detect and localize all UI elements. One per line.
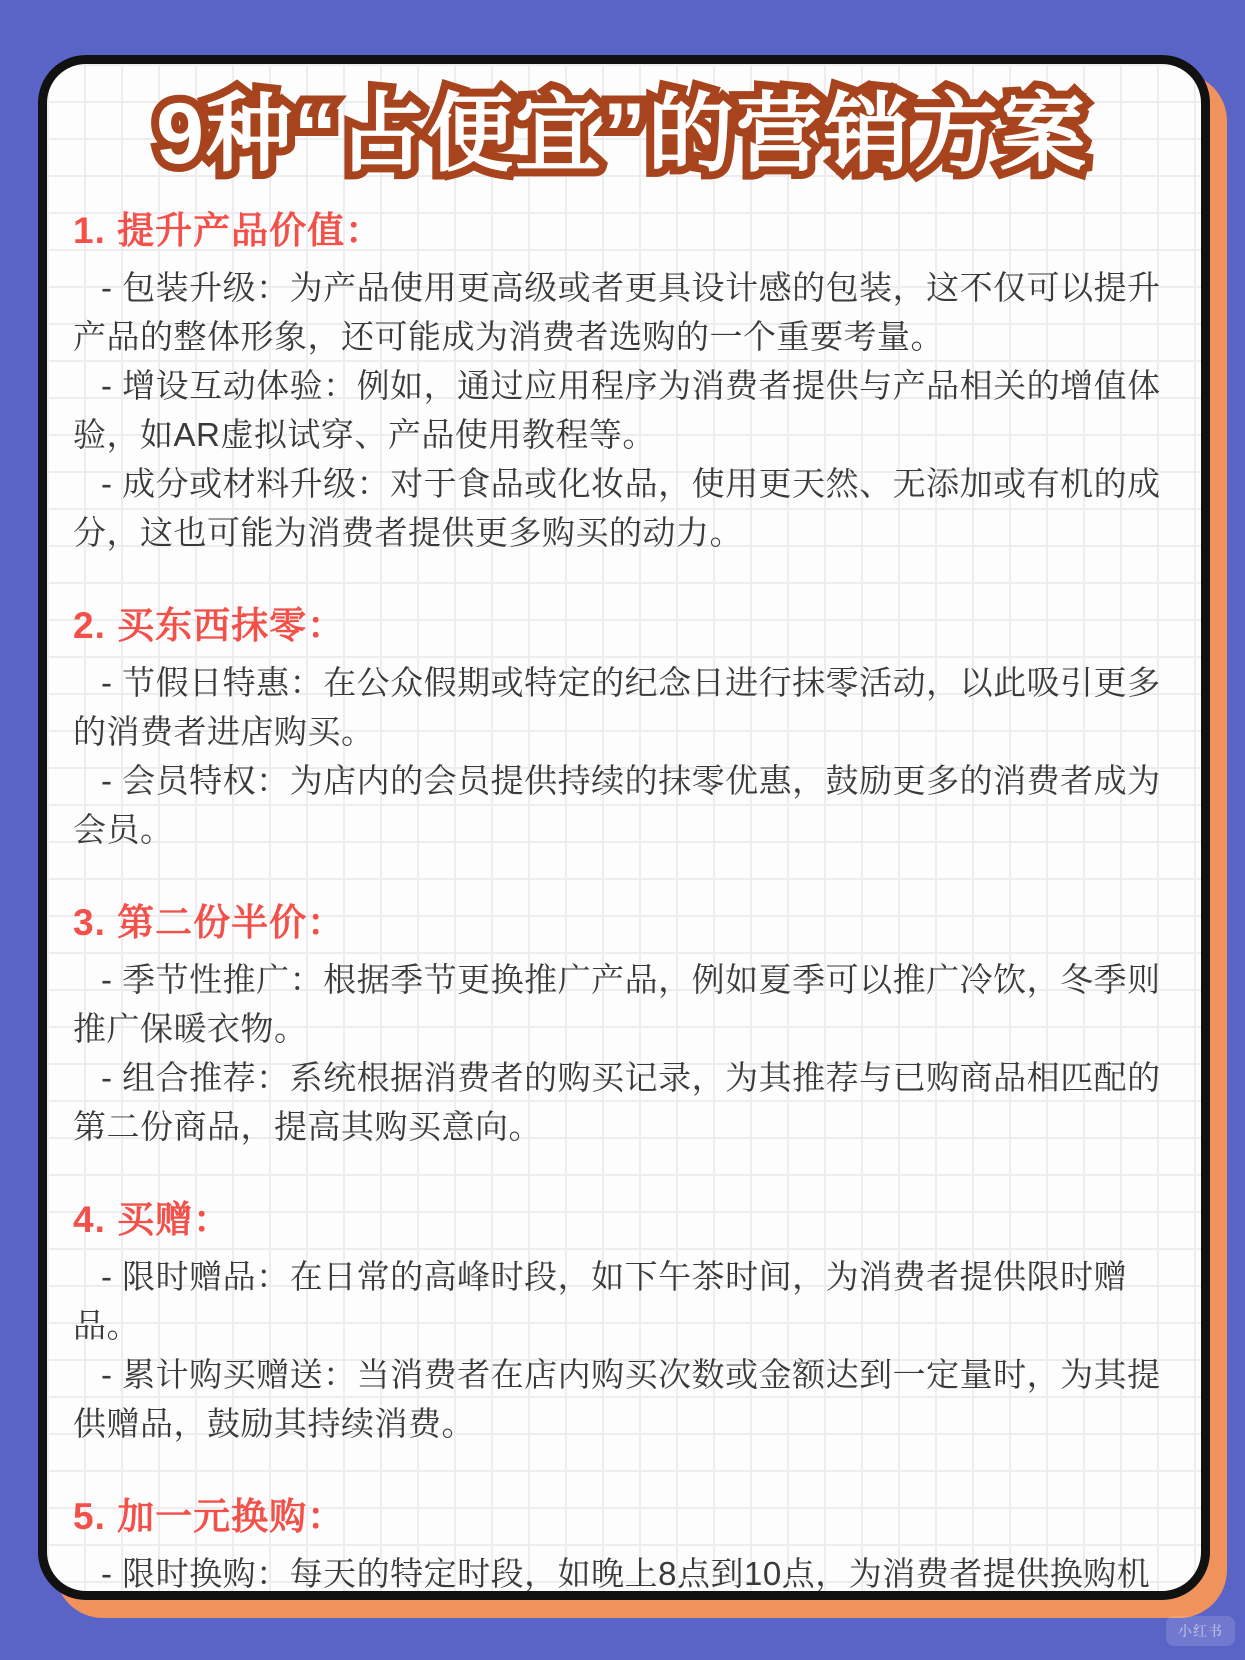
- section-bullet: - 累计购买赠送：当消费者在店内购买次数或金额达到一定量时，为其提供赠品，鼓励其…: [73, 1350, 1171, 1448]
- marketing-section: 1. 提升产品价值： - 包装升级：为产品使用更高级或者更具设计感的包装，这不仅…: [73, 206, 1171, 557]
- section-bullet: - 增设互动体验：例如，通过应用程序为消费者提供与产品相关的增值体验，如AR虚拟…: [73, 361, 1171, 459]
- section-bullet: - 组合推荐：系统根据消费者的购买记录，为其推荐与已购商品相匹配的第二份商品，提…: [73, 1053, 1171, 1151]
- section-heading: 4. 买赠：: [73, 1195, 1171, 1244]
- section-heading: 2. 买东西抹零：: [73, 601, 1171, 650]
- section-bullet: - 包装升级：为产品使用更高级或者更具设计感的包装，这不仅可以提升产品的整体形象…: [73, 263, 1171, 361]
- section-heading: 5. 加一元换购：: [73, 1492, 1171, 1541]
- page-title: 9种“占便宜”的营销方案: [73, 86, 1171, 182]
- xiaohongshu-watermark: 小红书: [1166, 1616, 1235, 1646]
- section-bullet: - 限时赠品：在日常的高峰时段，如下午茶时间，为消费者提供限时赠品。: [73, 1252, 1171, 1350]
- section-heading: 3. 第二份半价：: [73, 898, 1171, 947]
- marketing-section: 4. 买赠： - 限时赠品：在日常的高峰时段，如下午茶时间，为消费者提供限时赠品…: [73, 1195, 1171, 1448]
- section-bullet: - 节假日特惠：在公众假期或特定的纪念日进行抹零活动，以此吸引更多的消费者进店购…: [73, 658, 1171, 756]
- section-bullet: - 会员特权：为店内的会员提供持续的抹零优惠，鼓励更多的消费者成为会员。: [73, 756, 1171, 854]
- content-card: 9种“占便宜”的营销方案 1. 提升产品价值： - 包装升级：为产品使用更高级或…: [38, 55, 1210, 1600]
- section-heading: 1. 提升产品价值：: [73, 206, 1171, 255]
- section-bullet: - 限时换购：每天的特定时段，如晚上8点到10点，为消费者提供换购机会。: [73, 1549, 1171, 1600]
- section-bullet: - 季节性推广：根据季节更换推广产品，例如夏季可以推广冷饮，冬季则推广保暖衣物。: [73, 955, 1171, 1053]
- marketing-section: 3. 第二份半价： - 季节性推广：根据季节更换推广产品，例如夏季可以推广冷饮，…: [73, 898, 1171, 1151]
- marketing-section: 2. 买东西抹零： - 节假日特惠：在公众假期或特定的纪念日进行抹零活动，以此吸…: [73, 601, 1171, 854]
- marketing-section: 5. 加一元换购： - 限时换购：每天的特定时段，如晚上8点到10点，为消费者提…: [73, 1492, 1171, 1600]
- sections-container: 1. 提升产品价值： - 包装升级：为产品使用更高级或者更具设计感的包装，这不仅…: [73, 206, 1171, 1600]
- section-bullet: - 成分或材料升级：对于食品或化妆品，使用更天然、无添加或有机的成分，这也可能为…: [73, 459, 1171, 557]
